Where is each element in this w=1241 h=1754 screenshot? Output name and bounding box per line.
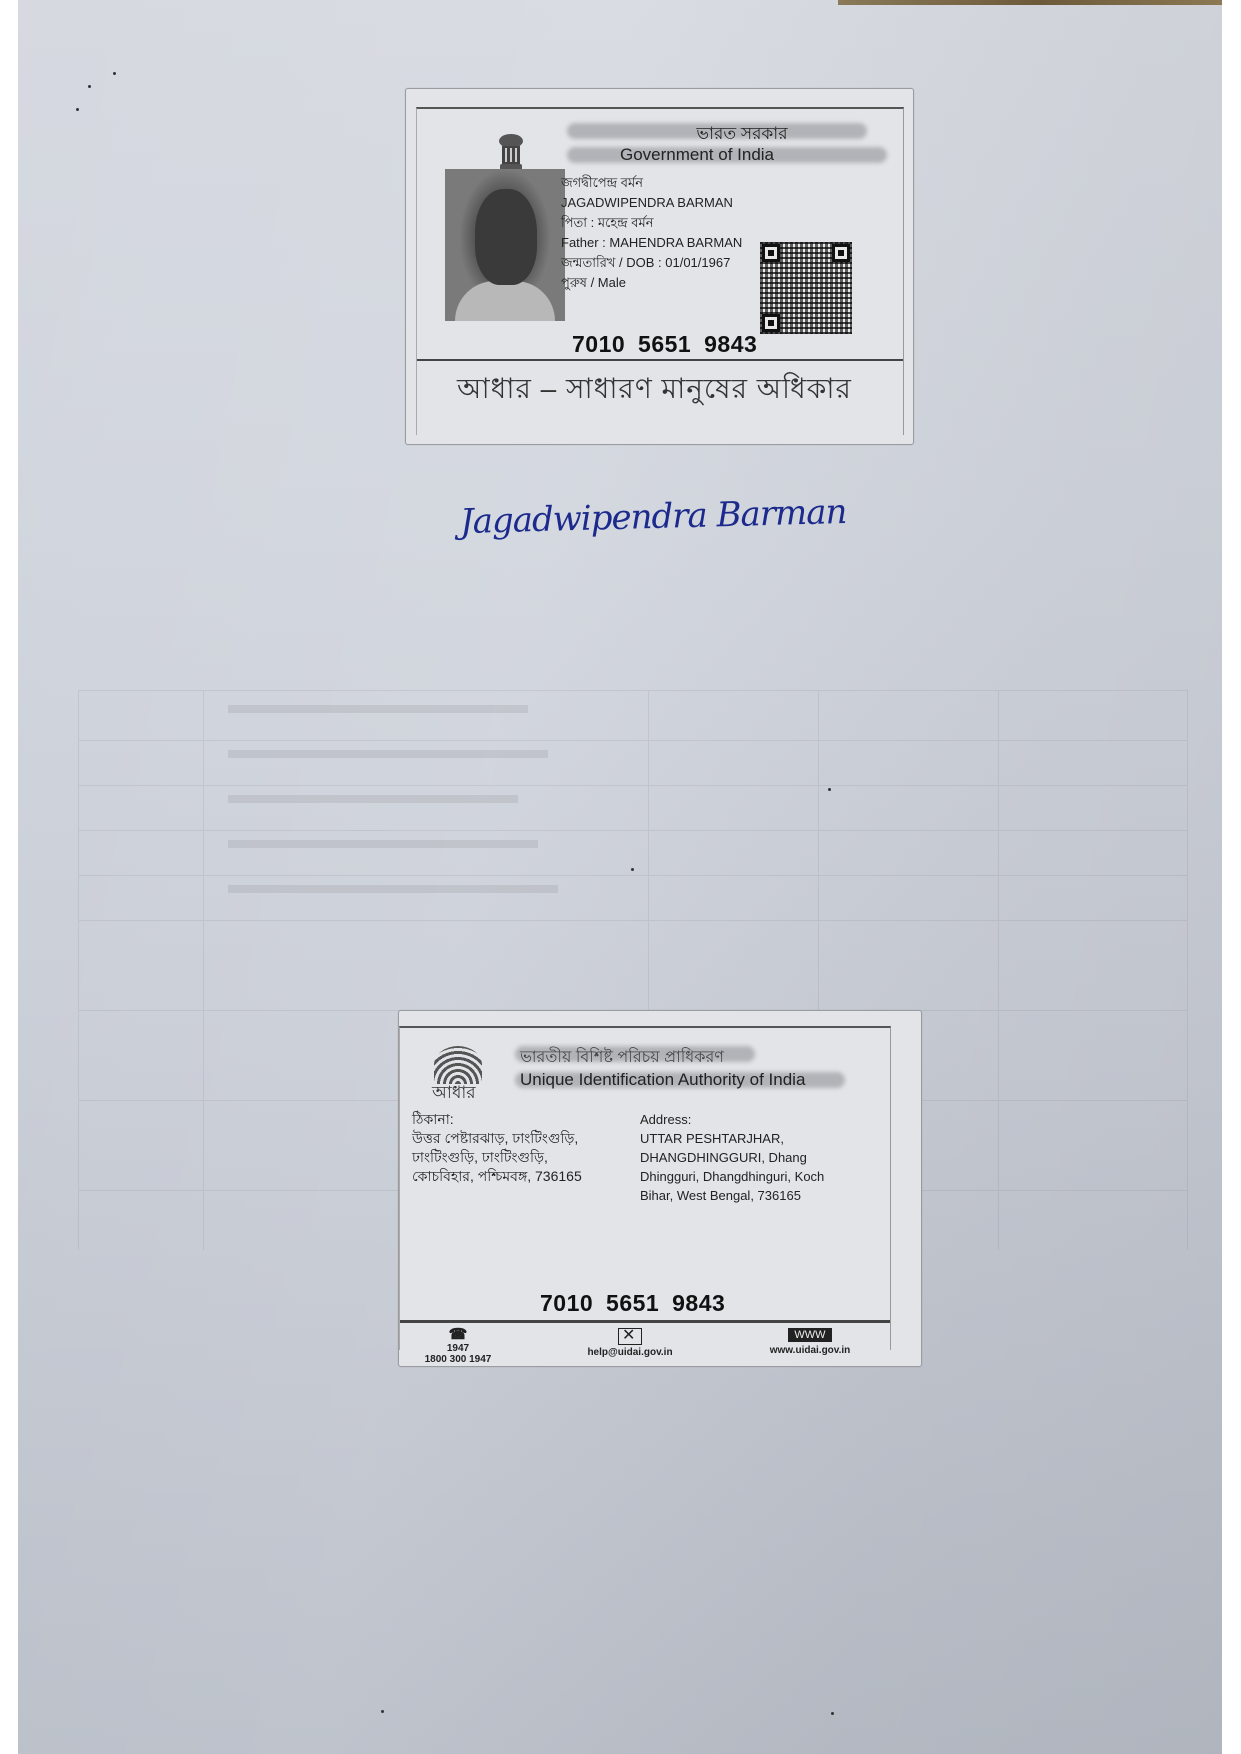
address-english: Address: UTTAR PESHTARJHAR, DHANGDHINGGU… — [640, 1110, 824, 1205]
father-bengali: পিতা : মহেন্দ্র বর্মন — [561, 213, 742, 233]
aadhaar-card-front: ভারত সরকার Government of India জগদ্বীপেন… — [405, 88, 914, 445]
address-line: DHANGDHINGGURI, Dhang — [640, 1148, 824, 1167]
aadhaar-card-back: আধার ভারতীয় বিশিষ্ট পরিচয় প্রাধিকরণ Un… — [398, 1010, 922, 1367]
helpline-full: 1800 300 1947 — [418, 1354, 498, 1365]
address-line: Dhingguri, Dhangdhinguri, Koch — [640, 1167, 824, 1186]
aadhaar-logo-label: আধার — [432, 1080, 476, 1108]
aadhaar-number: 7010 5651 9843 — [572, 331, 757, 358]
address-label-bengali: ঠিকানা: — [412, 1110, 582, 1129]
father-english: Father : MAHENDRA BARMAN — [561, 233, 742, 253]
uidai-header-english: Unique Identification Authority of India — [520, 1070, 805, 1090]
envelope-icon — [618, 1328, 642, 1345]
card-back-body: আধার ভারতীয় বিশিষ্ট পরিচয় প্রাধিকরণ Un… — [399, 1026, 891, 1350]
divider — [417, 359, 903, 361]
helpline-short: 1947 — [418, 1343, 498, 1354]
address-line: UTTAR PESHTARJHAR, — [640, 1129, 824, 1148]
email-contact: help@uidai.gov.in — [575, 1328, 685, 1358]
globe-www-icon: WWW — [788, 1328, 831, 1342]
address-label-english: Address: — [640, 1110, 824, 1129]
gender: পুরুষ / Male — [561, 273, 742, 293]
aadhaar-logo: আধার — [426, 1040, 494, 1100]
card-front-body: ভারত সরকার Government of India জগদ্বীপেন… — [416, 107, 904, 435]
name-english: JAGADWIPENDRA BARMAN — [561, 193, 742, 213]
aadhaar-number: 7010 5651 9843 — [540, 1290, 725, 1317]
website-contact: WWW www.uidai.gov.in — [755, 1328, 865, 1356]
divider — [400, 1320, 890, 1323]
helpline: ☎ 1947 1800 300 1947 — [418, 1328, 498, 1365]
address-line: কোচবিহার, পশ্চিমবঙ্গ, 736165 — [412, 1167, 582, 1186]
address-line: Bihar, West Bengal, 736165 — [640, 1186, 824, 1205]
website-url: www.uidai.gov.in — [755, 1345, 865, 1356]
header-english: Government of India — [567, 145, 827, 165]
name-bengali: জগদ্বীপেন্দ্র বর্মন — [561, 173, 742, 193]
telephone-icon: ☎ — [418, 1328, 498, 1342]
address-line: উত্তর পেষ্টারঝাড়, ঢাংটিংগুড়ি, — [412, 1129, 582, 1148]
email-address: help@uidai.gov.in — [575, 1347, 685, 1358]
qr-code-icon — [760, 242, 852, 334]
uidai-header-bengali: ভারতীয় বিশিষ্ট পরিচয় প্রাধিকরণ — [520, 1044, 724, 1071]
holder-photo — [445, 169, 565, 321]
holder-details: জগদ্বীপেন্দ্র বর্মন JAGADWIPENDRA BARMAN… — [561, 173, 742, 293]
fingerprint-icon — [434, 1046, 482, 1084]
address-line: ঢাংটিংগুড়ি, ঢাংটিংগুড়ি, — [412, 1148, 582, 1167]
tagline: আধার – সাধারণ মানুষের অধিকার — [457, 367, 852, 414]
date-of-birth: জন্মতারিখ / DOB : 01/01/1967 — [561, 253, 742, 273]
background-table-edge — [838, 0, 1222, 5]
address-bengali: ঠিকানা: উত্তর পেষ্টারঝাড়, ঢাংটিংগুড়ি, … — [412, 1110, 582, 1186]
